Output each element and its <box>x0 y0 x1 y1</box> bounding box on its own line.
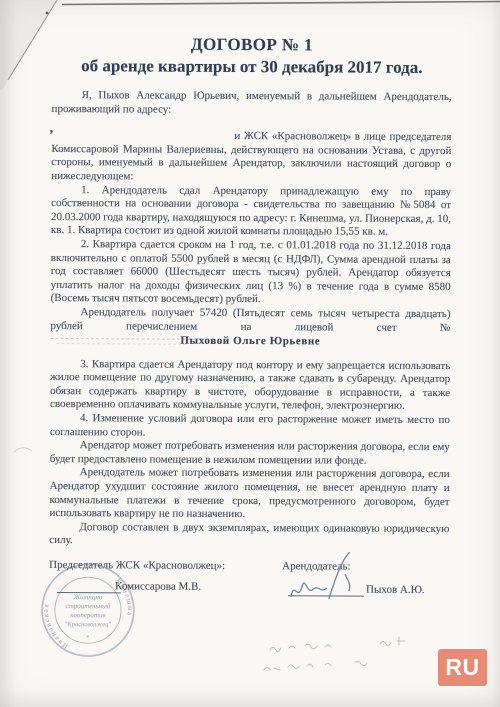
erased-account-number-2 <box>56 343 186 345</box>
paragraph-clause4: 4. Изменение условий договора или его ра… <box>50 412 450 441</box>
ru-watermark-label: RU <box>445 654 479 681</box>
paragraph-clause2: 2. Квартира сдается сроком на 1 год, т.е… <box>51 238 451 308</box>
paragraph-clause1: 1. Арендодатель сдал Арендатору принадле… <box>51 184 451 240</box>
landlord-handwritten-signature <box>285 550 375 600</box>
scanned-contract-page: ’ ДОГОВОР № 1 об аренде квартиры от 30 д… <box>0 0 500 707</box>
stamp-center-line1: Жилищно <box>73 593 103 601</box>
stamp-center-line2: строительный <box>66 602 111 610</box>
chairman-role-label: Председатель ЖСК «Красноволжец»: <box>49 559 225 574</box>
erased-text-gap <box>51 137 234 139</box>
paragraph-clause3: 3. Квартира сдается Арендатору под конто… <box>50 358 450 414</box>
contract-body: ДОГОВОР № 1 об аренде квартиры от 30 дек… <box>49 28 452 673</box>
paragraph-clause4-tenant: Арендатор может потребовать изменения ил… <box>50 439 450 468</box>
pencil-scribbles <box>262 636 447 678</box>
paragraph-payment: Арендодатель получает 57420 (Пятьдесят с… <box>50 306 450 335</box>
pencil-arc-artifact <box>12 444 34 454</box>
landlord-name: Пыхов А.Ю. <box>366 584 425 598</box>
paragraph-copies: Договор составлен в двух экземплярах, им… <box>49 521 449 550</box>
contract-title: ДОГОВОР № 1 <box>52 34 452 56</box>
erased-account-number <box>50 338 200 340</box>
payee-name: Пыховой Ольге Юрьевне <box>180 335 320 348</box>
ru-watermark-badge: RU <box>438 649 487 686</box>
chairman-name: Комиссарова М.В. <box>115 580 201 594</box>
paragraph-clause4-landlord: Арендодатель может потребовать изменения… <box>49 466 449 522</box>
stamp-center-line4: "Красноволжец" <box>65 621 112 628</box>
payee-line: Пыховой Ольге Юрьевне <box>50 334 450 350</box>
stamp-star: * <box>86 635 89 641</box>
paragraph-parties: и ЖСК «Красноволжец» в лице председателя… <box>51 129 451 185</box>
contract-subtitle: об аренде квартиры от 30 декабря 2017 го… <box>52 55 452 78</box>
paragraph-intro: Я, Пыхов Александр Юрьевич, именуемый в … <box>52 89 452 118</box>
stamp-center-line3: кооператив <box>70 611 105 619</box>
